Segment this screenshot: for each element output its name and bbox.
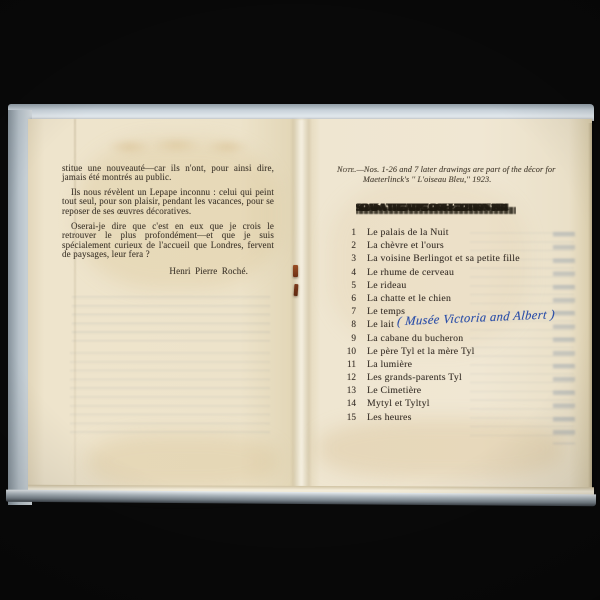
item-number: 7 [341,307,356,317]
item-label: Les grands-parents Tyl [367,372,462,383]
item-label: La chatte et le chien [367,293,451,304]
note-text: —Nos. 1-26 and 7 later drawings are part… [356,165,555,184]
item-label: La lumière [367,359,412,370]
item-label: Les heures [367,412,412,423]
item-number: 11 [341,360,356,370]
list-item: 2La chèvre et l'ours [341,240,581,253]
list-item: 14Mytyl et Tyltyl [341,398,581,411]
list-item: 12Les grands-parents Tyl [341,372,581,385]
list-item: 5Le rideau [341,280,581,293]
item-number: 14 [341,399,356,409]
item-label: Le rhume de cerveau [367,267,454,278]
staple-icon [294,284,299,296]
item-label: Le père Tyl et la mère Tyl [367,346,475,357]
item-number: 5 [341,281,356,291]
item-label: La cabane du bucheron [367,333,463,344]
obscured-heading-glyphs: ЅΩΛÞΛ ΤΗΞΛΤΡΞ ΩΘĿĿΞΩΤΙΘΝ 1931 [356,203,507,213]
item-label: La voisine Berlingot et sa petite fille [367,253,520,264]
list-item: 6La chatte et le chien [341,293,581,306]
item-number: 3 [341,254,356,264]
item-number: 1 [341,228,356,238]
item-number: 2 [341,241,356,251]
center-gutter [292,119,310,490]
list-item: 1Le palais de la Nuit [341,227,581,240]
photograph: stitue une nouveauté—car ils n'ont, pour… [0,0,600,600]
obscured-heading: ЅΩΛÞΛ ΤΗΞΛΤΡΞ ΩΘĿĿΞΩΤΙΘΝ 1931 [356,203,516,218]
item-number: 6 [341,294,356,304]
author-signature: Henri Pierre Roché. [62,267,274,276]
paragraph: Ils nous révèlent un Lepape inconnu : ce… [62,188,274,216]
item-label: Le palais de la Nuit [367,227,449,238]
staple-icon [293,265,298,277]
item-number: 8 [341,320,356,330]
note-label: Note. [337,165,356,174]
item-number: 12 [341,373,356,383]
list-item: 9La cabane du bucheron [341,333,581,346]
list-item: 10Le père Tyl et la mère Tyl [341,346,581,359]
paragraph: Oserai-je dire que c'est en eux que je c… [62,222,274,260]
left-page-text-block: stitue une nouveauté—car ils n'ont, pour… [62,164,274,276]
item-label: Le Cimetière [367,385,421,396]
item-label: La chèvre et l'ours [367,240,444,251]
list-item: 11La lumière [341,359,581,372]
paragraph: stitue une nouveauté—car ils n'ont, pour… [62,164,274,183]
list-item: 3La voisine Berlingot et sa petite fille [341,253,581,266]
item-number: 15 [341,413,356,423]
item-number: 10 [341,347,356,357]
note-block: Note.—Nos. 1-26 and 7 later drawings are… [337,165,579,185]
list-item: 4Le rhume de cerveau [341,267,581,280]
item-label: Le lait [367,319,394,330]
item-number: 13 [341,386,356,396]
item-label: Le rideau [367,280,407,291]
item-number: 4 [341,268,356,278]
list-item: 13Le Cimetière [341,385,581,398]
list-item: 15Les heures [341,412,581,425]
right-page-edge [588,123,592,487]
item-label: Mytyl et Tyltyl [367,398,430,409]
item-number: 9 [341,334,356,344]
